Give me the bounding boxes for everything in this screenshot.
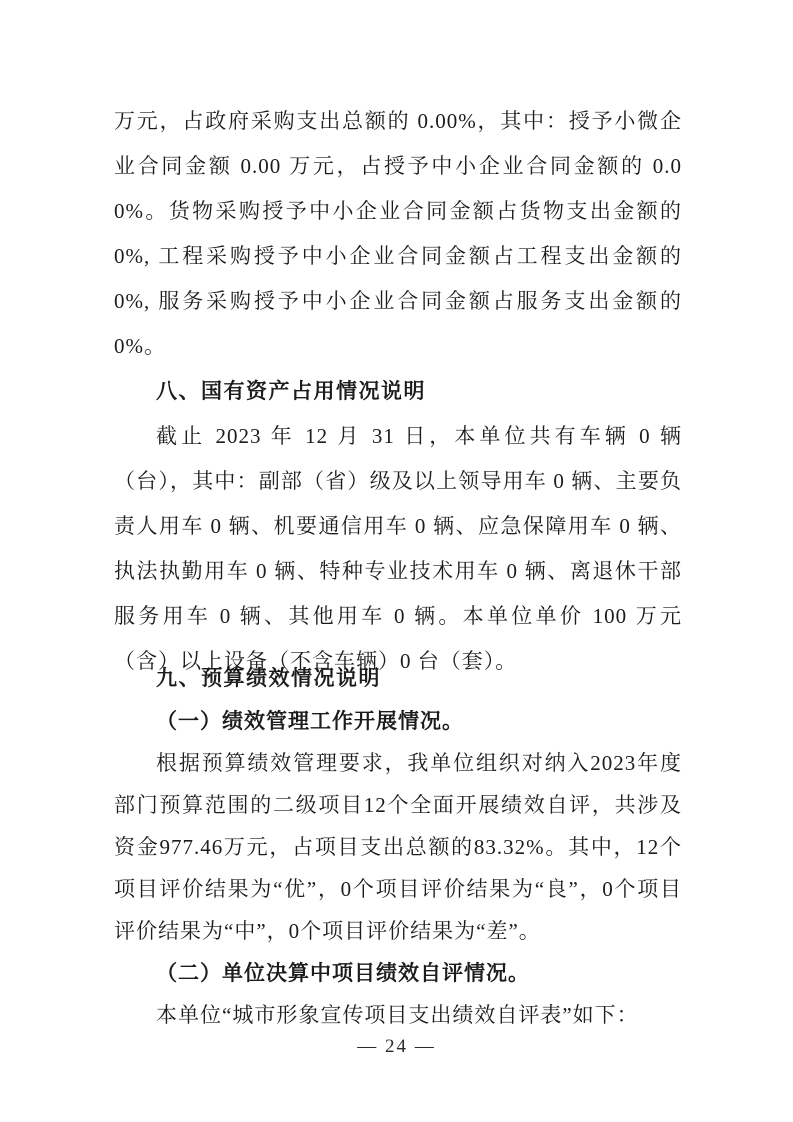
page-number: — 24 — <box>0 1036 793 1058</box>
paragraph-self-evaluation-table-intro: 本单位“城市形象宣传项目支出绩效自评表”如下： <box>114 994 682 1036</box>
subheading-9-2-project-self-evaluation: （二）单位决算中项目绩效自评情况。 <box>114 952 682 994</box>
paragraph-performance-self-evaluation: 根据预算绩效管理要求，我单位组织对纳入2023年度部门预算范围的二级项目12个全… <box>114 742 682 952</box>
paragraph-procurement-continued: 万元，占政府采购支出总额的 0.00%，其中：授予小微企业合同金额 0.00 万… <box>114 99 682 369</box>
document-content: 万元，占政府采购支出总额的 0.00%，其中：授予小微企业合同金额 0.00 万… <box>114 99 682 1036</box>
heading-section-8-state-assets: 八、国有资产占用情况说明 <box>114 369 682 414</box>
subheading-9-1-performance-management: （一）绩效管理工作开展情况。 <box>114 700 682 742</box>
paragraph-state-assets: 截止 2023 年 12 月 31 日，本单位共有车辆 0 辆（台），其中：副部… <box>114 414 682 684</box>
document-page: 万元，占政府采购支出总额的 0.00%，其中：授予小微企业合同金额 0.00 万… <box>0 0 793 1122</box>
